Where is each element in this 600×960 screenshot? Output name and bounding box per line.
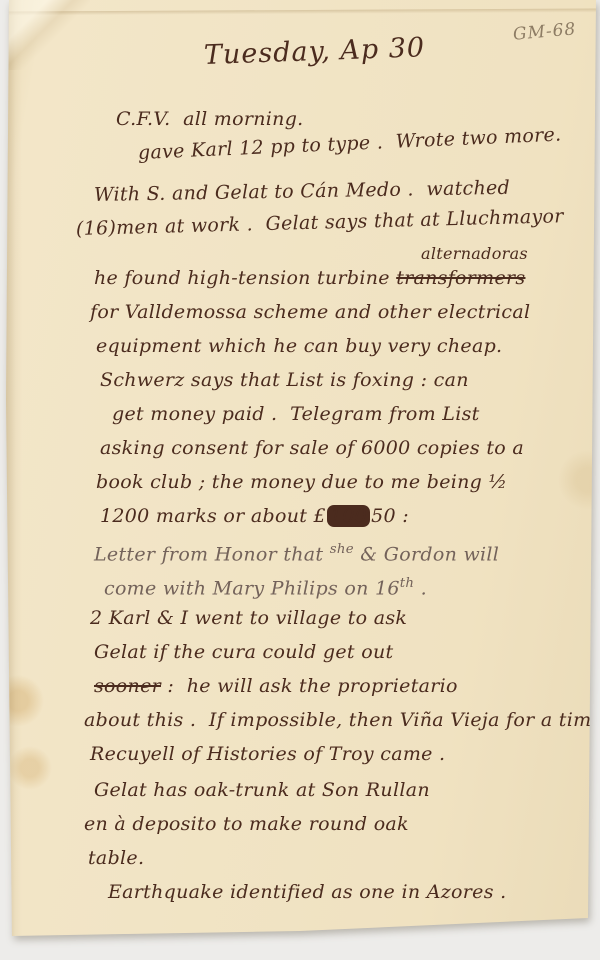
text-segment: 50 : xyxy=(371,505,409,527)
text-segment: 1200 marks or about £ xyxy=(100,505,326,527)
archive-mark: GM-68 xyxy=(512,19,577,44)
manuscript-line: Recuyell of Histories of Troy came . xyxy=(90,737,588,771)
manuscript-line: table. xyxy=(88,841,588,875)
manuscript-line: sooner : he will ask the proprietario xyxy=(94,669,588,703)
superscript-text: th xyxy=(400,576,415,591)
text-segment: book club ; the money due to me being ½ xyxy=(96,471,507,493)
manuscript-line: Earthquake identified as one in Azores . xyxy=(108,875,588,909)
manuscript-line: equipment which he can buy very cheap. xyxy=(96,329,588,363)
manuscript-line: come with Mary Philips on 16th . xyxy=(104,567,588,601)
manuscript-line: he found high-tension turbine transforme… xyxy=(94,261,588,295)
superscript-text: she xyxy=(330,542,354,557)
manuscript-line: about this . If impossible, then Viña Vi… xyxy=(84,703,588,737)
manuscript-photo: GM-68 Tuesday, Ap 30 C.F.V. all morning.… xyxy=(0,0,600,960)
text-segment: he found high-tension turbine xyxy=(94,267,396,289)
text-segment: (16)men at work . Gelat says that at Llu… xyxy=(76,205,564,240)
manuscript-line: asking consent for sale of 6000 copies t… xyxy=(100,431,588,465)
manuscript-line: Letter from Honor that she & Gordon will xyxy=(94,533,588,567)
text-segment: get money paid . Telegram from List xyxy=(112,403,480,425)
manuscript-line: 1200 marks or about £10050 : xyxy=(100,499,588,533)
text-segment: equipment which he can buy very cheap. xyxy=(96,335,502,357)
text-segment: 2 Karl & I went to village to ask xyxy=(90,607,407,629)
paper-left-fold xyxy=(6,0,22,940)
text-segment: Gelat has oak-trunk at Son Rullan xyxy=(94,779,430,801)
struck-out-text: transformers xyxy=(396,267,525,289)
text-segment: . xyxy=(414,577,427,599)
text-segment: about this . If impossible, then Viña Vi… xyxy=(84,709,600,731)
text-segment: en à deposito to make round oak xyxy=(84,813,409,835)
text-segment: C.F.V. all morning. xyxy=(116,108,304,130)
text-segment: Recuyell of Histories of Troy came . xyxy=(90,743,445,765)
paper-corner-fold xyxy=(0,0,90,70)
manuscript-line: Gelat has oak-trunk at Son Rullan xyxy=(94,773,588,807)
text-segment: for Valldemossa scheme and other electri… xyxy=(90,301,530,323)
manuscript-line: Schwerz says that List is foxing : can xyxy=(100,363,588,397)
text-segment: : he will ask the proprietario xyxy=(161,675,458,697)
ink-blot: 100 xyxy=(327,505,370,527)
entry-date-heading: Tuesday, Ap 30 xyxy=(203,32,425,71)
text-segment: table. xyxy=(88,847,144,869)
text-segment: asking consent for sale of 6000 copies t… xyxy=(100,437,524,459)
paper-crease xyxy=(0,8,600,15)
text-segment: Earthquake identified as one in Azores . xyxy=(108,881,506,903)
paper-shadow-wrap: GM-68 Tuesday, Ap 30 C.F.V. all morning.… xyxy=(0,0,600,960)
text-segment: Gelat if the cura could get out xyxy=(94,641,393,663)
interlinear-insertion: alternadoras xyxy=(421,246,588,261)
manuscript-line: Gelat if the cura could get out xyxy=(94,635,588,669)
manuscript-line: book club ; the money due to me being ½ xyxy=(96,465,588,499)
text-segment: come with Mary Philips on 16 xyxy=(104,577,400,599)
manuscript-line: get money paid . Telegram from List xyxy=(112,397,588,431)
manuscript-line: en à deposito to make round oak xyxy=(84,807,588,841)
manuscript-line: for Valldemossa scheme and other electri… xyxy=(90,295,588,329)
text-segment: Letter from Honor that xyxy=(94,543,330,565)
manuscript-line: 2 Karl & I went to village to ask xyxy=(90,601,588,635)
text-segment: Schwerz says that List is foxing : can xyxy=(100,369,469,391)
diary-text-block: C.F.V. all morning.gave Karl 12 pp to ty… xyxy=(76,96,588,909)
text-segment: & Gordon will xyxy=(354,543,499,565)
paper-sheet: GM-68 Tuesday, Ap 30 C.F.V. all morning.… xyxy=(0,0,600,960)
struck-out-text: sooner xyxy=(94,675,161,697)
